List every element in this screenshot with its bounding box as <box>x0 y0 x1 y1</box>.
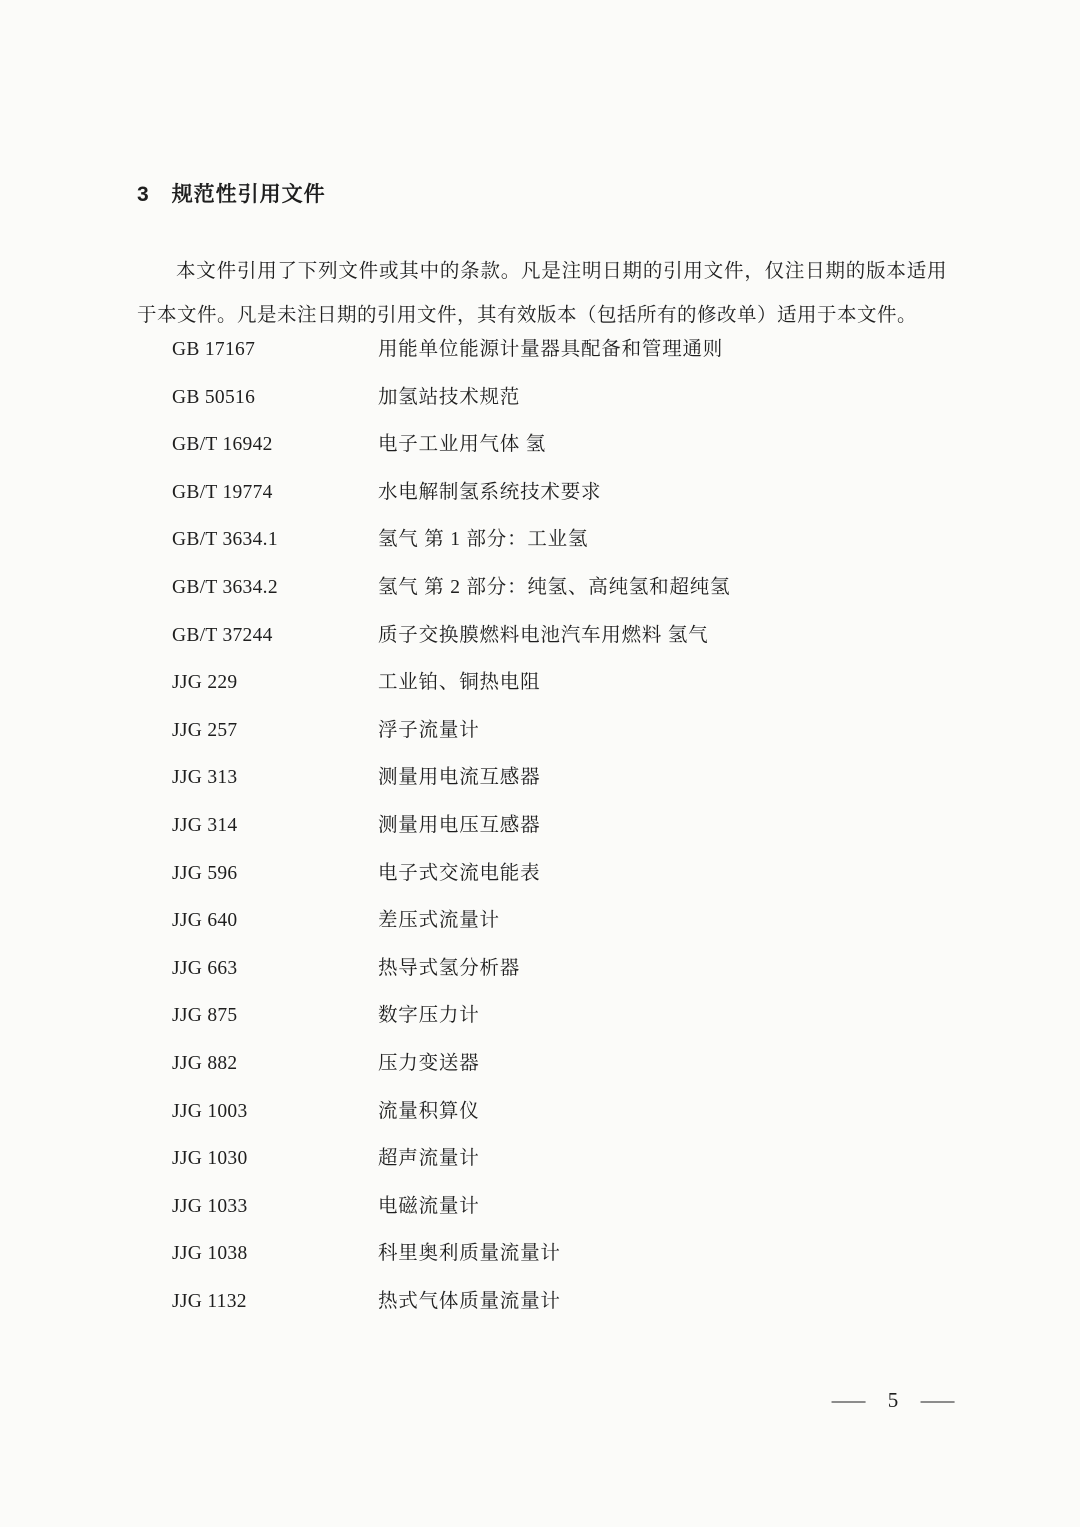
reference-title: 工业铂、铜热电阻 <box>378 671 952 695</box>
reference-code: JJG 882 <box>172 1052 378 1076</box>
reference-row: JJG 229 工业铂、铜热电阻 <box>172 671 952 719</box>
reference-row: JJG 596 电子式交流电能表 <box>172 862 952 910</box>
reference-row: JJG 1038 科里奥利质量流量计 <box>172 1242 952 1290</box>
reference-code: JJG 640 <box>172 909 378 933</box>
reference-row: JJG 1003 流量积算仪 <box>172 1100 952 1148</box>
reference-code: GB 17167 <box>172 338 378 362</box>
reference-title: 测量用电压互感器 <box>378 814 952 838</box>
reference-code: JJG 1033 <box>172 1195 378 1219</box>
reference-row: GB/T 16942 电子工业用气体 氢 <box>172 433 952 481</box>
reference-title: 热式气体质量流量计 <box>378 1290 952 1314</box>
reference-title: 数字压力计 <box>378 1004 952 1028</box>
reference-code: GB/T 19774 <box>172 481 378 505</box>
reference-row: GB/T 37244 质子交换膜燃料电池汽车用燃料 氢气 <box>172 624 952 672</box>
reference-title: 电子式交流电能表 <box>378 862 952 886</box>
reference-code: JJG 596 <box>172 862 378 886</box>
reference-row: JJG 257 浮子流量计 <box>172 719 952 767</box>
reference-code: GB/T 3634.1 <box>172 528 378 552</box>
reference-code: GB/T 37244 <box>172 624 378 648</box>
reference-row: GB 17167 用能单位能源计量器具配备和管理通则 <box>172 338 952 386</box>
reference-title: 水电解制氢系统技术要求 <box>378 481 952 505</box>
page-footer: — 5 — <box>838 1388 948 1413</box>
reference-code: JJG 1003 <box>172 1100 378 1124</box>
intro-paragraph: 本文件引用了下列文件或其中的条款。凡是注明日期的引用文件，仅注日期的版本适用于本… <box>137 250 947 338</box>
reference-code: JJG 1038 <box>172 1242 378 1266</box>
reference-code: JJG 663 <box>172 957 378 981</box>
reference-row: GB/T 3634.2 氢气 第 2 部分：纯氢、高纯氢和超纯氢 <box>172 576 952 624</box>
reference-row: JJG 1033 电磁流量计 <box>172 1195 952 1243</box>
reference-title: 氢气 第 1 部分：工业氢 <box>378 528 952 552</box>
reference-row: GB 50516 加氢站技术规范 <box>172 386 952 434</box>
reference-list: GB 17167 用能单位能源计量器具配备和管理通则 GB 50516 加氢站技… <box>172 338 952 1337</box>
reference-code: GB/T 16942 <box>172 433 378 457</box>
page-number-dash-right: — <box>921 1388 955 1413</box>
reference-row: JJG 1030 超声流量计 <box>172 1147 952 1195</box>
reference-title: 热导式氢分析器 <box>378 957 952 981</box>
reference-row: JJG 313 测量用电流互感器 <box>172 766 952 814</box>
reference-title: 质子交换膜燃料电池汽车用燃料 氢气 <box>378 624 952 648</box>
section-number: 3 <box>137 183 150 206</box>
section-heading: 3规范性引用文件 <box>137 178 326 208</box>
reference-row: JJG 640 差压式流量计 <box>172 909 952 957</box>
page-number-dash-left: — <box>832 1388 866 1413</box>
reference-row: JJG 663 热导式氢分析器 <box>172 957 952 1005</box>
reference-title: 差压式流量计 <box>378 909 952 933</box>
reference-code: JJG 1030 <box>172 1147 378 1171</box>
reference-row: JJG 1132 热式气体质量流量计 <box>172 1290 952 1338</box>
reference-title: 测量用电流互感器 <box>378 766 952 790</box>
reference-code: JJG 313 <box>172 766 378 790</box>
reference-title: 压力变送器 <box>378 1052 952 1076</box>
reference-row: JJG 314 测量用电压互感器 <box>172 814 952 862</box>
reference-title: 电磁流量计 <box>378 1195 952 1219</box>
reference-row: JJG 882 压力变送器 <box>172 1052 952 1100</box>
reference-title: 电子工业用气体 氢 <box>378 433 952 457</box>
reference-code: JJG 875 <box>172 1004 378 1028</box>
reference-title: 流量积算仪 <box>378 1100 952 1124</box>
reference-code: GB 50516 <box>172 386 378 410</box>
reference-row: JJG 875 数字压力计 <box>172 1004 952 1052</box>
reference-title: 用能单位能源计量器具配备和管理通则 <box>378 338 952 362</box>
document-page: 3规范性引用文件 本文件引用了下列文件或其中的条款。凡是注明日期的引用文件，仅注… <box>0 0 1080 1527</box>
reference-title: 浮子流量计 <box>378 719 952 743</box>
reference-code: JJG 314 <box>172 814 378 838</box>
page-number: 5 <box>888 1388 899 1413</box>
reference-code: JJG 229 <box>172 671 378 695</box>
reference-row: GB/T 3634.1 氢气 第 1 部分：工业氢 <box>172 528 952 576</box>
reference-title: 科里奥利质量流量计 <box>378 1242 952 1266</box>
section-title: 规范性引用文件 <box>172 183 326 206</box>
reference-code: JJG 1132 <box>172 1290 378 1314</box>
reference-code: JJG 257 <box>172 719 378 743</box>
reference-title: 氢气 第 2 部分：纯氢、高纯氢和超纯氢 <box>378 576 952 600</box>
reference-code: GB/T 3634.2 <box>172 576 378 600</box>
reference-title: 超声流量计 <box>378 1147 952 1171</box>
reference-row: GB/T 19774 水电解制氢系统技术要求 <box>172 481 952 529</box>
reference-title: 加氢站技术规范 <box>378 386 952 410</box>
